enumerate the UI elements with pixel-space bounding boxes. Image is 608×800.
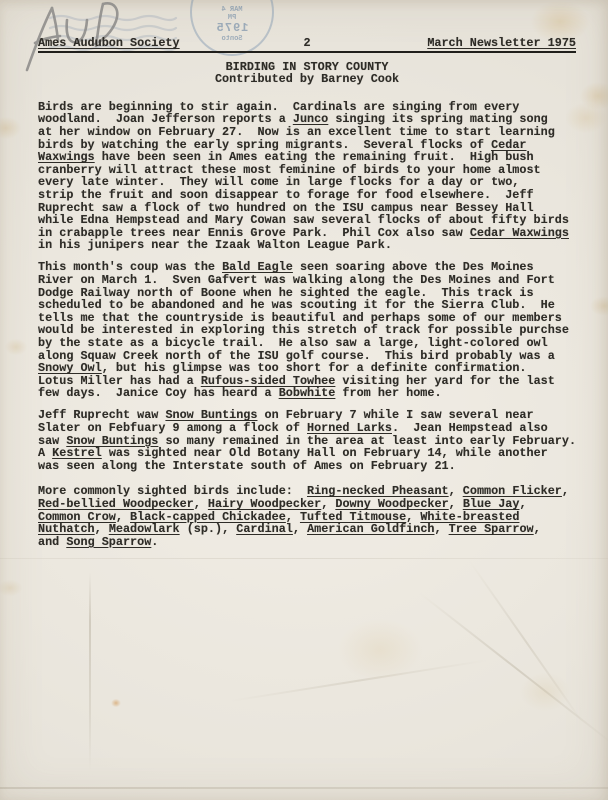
paragraph-4: More commonly sighted birds include: Rin… — [38, 485, 583, 548]
postmark-date: MAR 4 — [192, 6, 272, 14]
paper-bottom-edge — [0, 787, 608, 789]
scanned-newsletter-page: MAR 4 PM 1975 Sonto Ames Audubon Society — [0, 0, 608, 800]
paragraph-3: Jeff Ruprecht waw Snow Buntings on Febru… — [38, 409, 583, 472]
header-newsletter-date: March Newsletter 1975 — [397, 37, 576, 50]
horizontal-fold-line — [0, 558, 608, 559]
diagonal-crease — [419, 592, 608, 747]
bird-name: Cardinal — [236, 522, 293, 536]
diagonal-crease — [469, 560, 585, 725]
article-subtitle: Contributed by Barney Cook — [38, 73, 576, 86]
page-header: Ames Audubon Society 2 March Newsletter … — [38, 37, 576, 53]
bird-name: Tree Sparrow — [449, 522, 534, 536]
vertical-fold-line — [89, 572, 91, 772]
header-page-number: 2 — [217, 37, 396, 50]
bird-name: Song Sparrow — [66, 535, 151, 549]
paragraph-1: Birds are beginning to stir again. Cardi… — [38, 101, 583, 252]
article-title-block: BIRDING IN STORY COUNTY Contributed by B… — [38, 61, 576, 86]
header-society-name: Ames Audubon Society — [38, 37, 217, 50]
typewritten-content: Ames Audubon Society 2 March Newsletter … — [38, 37, 583, 548]
bird-name: Cedar Waxwings — [470, 226, 569, 240]
bird-name: Bobwhite — [279, 386, 336, 400]
paragraph-2: This month's coup was the Bald Eagle see… — [38, 261, 583, 400]
bird-name: American Goldfinch — [307, 522, 434, 536]
postmark-year: 1975 — [192, 22, 272, 35]
diagonal-crease — [230, 659, 487, 701]
